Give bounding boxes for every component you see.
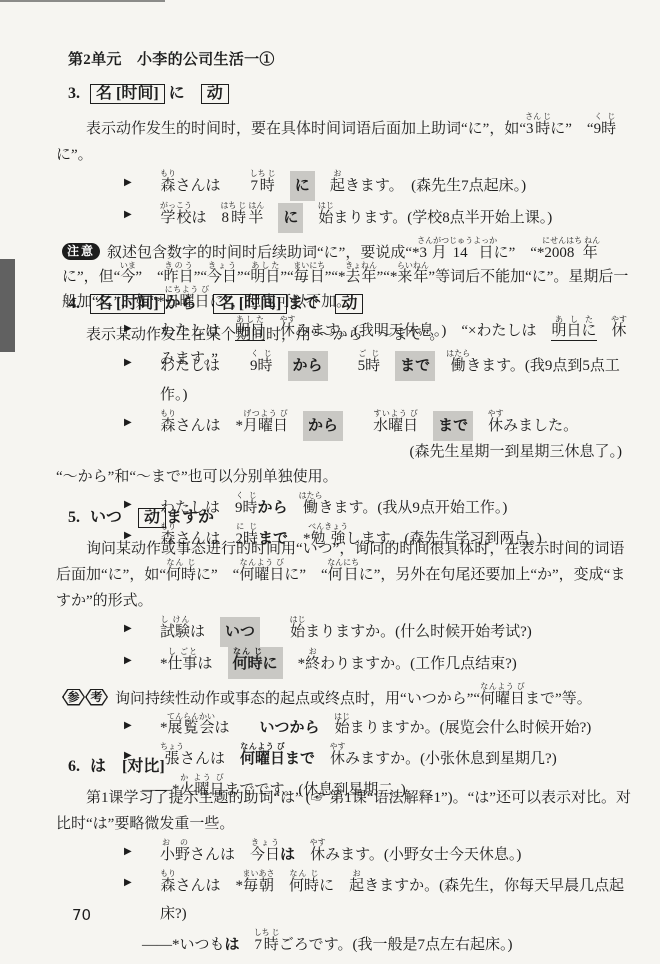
ruby-word: 始はじ <box>318 210 333 226</box>
furigana: にせんはち ねん <box>542 236 600 245</box>
example-marker-icon: ▶ <box>124 615 132 643</box>
furigana: やす <box>330 742 346 751</box>
furigana: なんにち <box>327 558 359 567</box>
furigana: はち じ はん <box>220 201 264 210</box>
text-run: みます。(小野女士今天休息。) <box>325 847 521 863</box>
text-run: まりますか。(什么时候开始考试?) <box>305 624 532 640</box>
example-sentence: 森もりさんは 7時しち じ に 起おきます。 (森先生7点起床。) <box>160 178 526 194</box>
furigana: お <box>349 869 364 878</box>
text-run: まで <box>438 418 468 434</box>
text-run <box>328 358 358 374</box>
section-heading: 3.名 [时间] に 动 <box>56 82 632 106</box>
text-run: きます。 (森先生7点起床。) <box>345 178 526 194</box>
text-run: さんは <box>190 847 250 863</box>
unit-header: 第2单元 小李的公司生活一① <box>68 48 275 69</box>
example-marker-icon: ▶ <box>124 409 132 437</box>
example-sentence: 森もりさんは *月曜日げつよう び から 水曜日すいよう び まで 休やすみまし… <box>160 418 578 434</box>
text-run: 表示某动作发生在某个期间时，用“～から ～まで”。 <box>86 327 444 343</box>
highlighted-particle: 何時なん じに <box>228 647 283 679</box>
furigana: お <box>330 169 345 178</box>
ruby-word: 2008 年にせんはち ねん <box>544 245 597 261</box>
note-badge: 注意 <box>62 243 100 260</box>
text-run <box>260 624 290 640</box>
ruby-word: 学校がっこう <box>160 210 192 226</box>
ruby-word: 今いま <box>120 269 135 285</box>
textbook-page: 第2单元 小李的公司生活一① 3.名 [时间] に 动表示动作发生的时间时，要在… <box>0 0 660 964</box>
text-run: いつ <box>225 624 255 640</box>
text-run <box>315 178 330 194</box>
text-run: に <box>319 878 349 894</box>
furigana: はたら <box>446 349 470 358</box>
example-marker-icon: ▶ <box>124 169 132 197</box>
text-run <box>275 178 290 194</box>
ruby-word: 今日きょう <box>250 847 280 863</box>
example-line: ▶森もりさんは *月曜日げつよう び から 水曜日すいよう び まで 休やすみま… <box>56 409 632 441</box>
ruby-word: 休やす <box>310 847 325 863</box>
example-sentence: *仕事し ごとは 何時なん じに *終おわりますか。(工作几点结束?) <box>160 656 517 672</box>
text-run: 表示动作发生的时间时，要在具体时间词语后面加上助词“に”，如“ <box>86 121 526 137</box>
text-run: さんは <box>176 178 251 194</box>
ruby-word: 展覧会てんらんかい <box>168 720 215 736</box>
ruby-word: 働はたら <box>450 358 466 374</box>
furigana: なん じ <box>233 647 263 656</box>
example-line: ▶*仕事し ごとは 何時なん じに *終おわりますか。(工作几点结束?) <box>56 647 632 679</box>
text-run: わりますか。(工作几点结束?) <box>320 656 517 672</box>
example-sentence: わたしは 9時く じ から 5時ご じ まで 働はたらきます。(我9点到5点工作… <box>160 358 620 403</box>
example-sentence: 小野お のさんは 今日きょうは 休やすみます。(小野女士今天休息。) <box>160 847 521 863</box>
furigana: はじ <box>290 615 306 624</box>
hex-badge-inner: 考 <box>87 690 107 704</box>
example-line: ▶森もりさんは 7時しち じ に 起おきます。 (森先生7点起床。) <box>56 169 632 201</box>
grammar-title-text: いつ <box>90 509 138 526</box>
text-run: ”“ <box>194 269 207 285</box>
grammar-box: 名 [时间] <box>90 84 165 104</box>
furigana: てんらんかい <box>167 712 215 721</box>
ruby-word: 起お <box>330 178 345 194</box>
note-text: 询问持续性动作或事态的起点或终点时，用“いつから”“何曜日なんよう びまで”等。 <box>115 691 592 707</box>
explanation-paragraph: 表示某动作发生在某个期间时，用“～から ～まで”。 <box>56 322 632 348</box>
ruby-word: 森もり <box>160 178 176 194</box>
text-run: に” “ <box>196 567 239 583</box>
text-run: * <box>283 656 306 672</box>
text-run: は <box>192 210 222 226</box>
ruby-word: 3時さん じ <box>526 121 550 137</box>
furigana: きのう <box>164 261 194 270</box>
ruby-word: 9時く じ <box>250 358 273 374</box>
section-heading: 4.名 [时间]から 名 [时间]まで 动 <box>56 292 632 316</box>
furigana: はじ <box>334 712 350 721</box>
text-run: ごろです。(我一般是7点左右起床。) <box>279 937 513 953</box>
grammar-title-text: まで <box>287 295 335 312</box>
ruby-word: 今日きょう <box>207 269 237 285</box>
furigana: く じ <box>594 112 617 121</box>
explanation-paragraph: “～から”和“～まで”也可以分别单独使用。 <box>56 464 632 490</box>
section-number: 4. <box>68 295 80 312</box>
furigana: お <box>305 647 320 656</box>
hex-badge-char: 考 <box>85 689 108 706</box>
text-run: 第1课学习了提示主题的助词“は” ( <box>86 790 311 806</box>
furigana: しち じ <box>254 928 280 937</box>
furigana: がっこう <box>160 201 192 210</box>
highlighted-particle: いつ <box>220 617 260 647</box>
furigana: く じ <box>250 349 273 358</box>
grammar-title-text: は [对比] <box>90 758 165 775</box>
furigana: し ごと <box>168 647 198 656</box>
grammar-box: 名 [时间] <box>90 294 165 314</box>
furigana: なん じ <box>166 558 196 567</box>
example-marker-icon: ▶ <box>124 201 132 229</box>
furigana: なんよう び <box>480 682 525 691</box>
text-run: まりますか。(展览会什么时候开始?) <box>350 720 592 736</box>
example-marker-icon: ▶ <box>124 838 132 866</box>
furigana: まいにち <box>293 261 325 270</box>
text-run: * <box>160 656 168 672</box>
furigana: なんよう び <box>240 742 285 751</box>
furigana: ご じ <box>358 349 381 358</box>
text-run: まで”等。 <box>525 691 592 707</box>
ruby-word: 試験し けん <box>160 624 190 640</box>
text-run: みました。 <box>503 418 578 434</box>
furigana: すいよう び <box>373 409 418 418</box>
highlighted-particle: から <box>303 411 343 441</box>
furigana: なん じ <box>289 869 319 878</box>
furigana: やす <box>488 409 504 418</box>
furigana: きょねん <box>345 261 377 270</box>
reference-badge: 参考 <box>62 691 108 707</box>
highlighted-particle: に <box>290 171 315 201</box>
text-run: に”，但“ <box>62 269 120 285</box>
ruby-word: 始はじ <box>335 720 350 736</box>
text-run: さんは * <box>176 878 244 894</box>
example-line: ▶森もりさんは *毎朝まいあさ 何時なん じに 起おきますか。(森先生，你每天早… <box>56 869 632 928</box>
text-run: ——*いつも <box>142 937 225 953</box>
cross-reference-icon: ☞ <box>311 790 326 806</box>
furigana: まいあさ <box>243 869 275 878</box>
furigana: はじ <box>318 201 334 210</box>
text-run: は <box>215 720 260 736</box>
ruby-word: 何曜日なんよう び <box>239 567 284 583</box>
chapter-edge-tab <box>0 259 15 352</box>
text-run: から <box>293 358 323 374</box>
ruby-word: 仕事し ごと <box>168 656 198 672</box>
furigana: らいねん <box>397 261 429 270</box>
example-line: ▶*展覧会てんらんかいは いつから 始はじまりますか。(展览会什么时候开始?) <box>56 712 632 742</box>
furigana: もり <box>160 409 176 418</box>
grammar-box: 动 <box>138 508 166 528</box>
text-run: に”。 <box>56 147 93 163</box>
text-run: いつから <box>260 720 320 736</box>
text-run <box>320 720 335 736</box>
ruby-word: 14 日じゅうよっか <box>451 245 494 261</box>
text-run <box>303 210 318 226</box>
text-run: に” “ <box>550 121 593 137</box>
text-run: (森先生星期一到星期三休息了。) <box>410 444 623 460</box>
ruby-word: 何時なん じ <box>166 567 196 583</box>
text-run: に” “* <box>494 245 545 261</box>
text-run <box>295 847 310 863</box>
ruby-word: 毎朝まいあさ <box>243 878 274 894</box>
text-run: まで <box>400 358 430 374</box>
furigana: お の <box>160 838 190 847</box>
text-run: 询问持续性动作或事态的起点或终点时，用“いつから”“ <box>115 691 480 707</box>
ruby-word: 去年きょねん <box>346 269 377 285</box>
text-run: は <box>280 847 295 863</box>
text-run <box>473 418 488 434</box>
grammar-title-text: から <box>165 295 213 312</box>
furigana: はたら <box>299 491 323 500</box>
example-sentence: 学校がっこうは 8時半はち じ はん に 始はじまります。(学校8点半开始上课。… <box>160 210 552 226</box>
ruby-word: 3月さんがつ <box>420 245 448 261</box>
furigana: きょう <box>207 261 237 270</box>
section-heading: 6.は [对比] <box>56 755 632 779</box>
text-run <box>288 418 303 434</box>
ruby-word: 起お <box>349 878 364 894</box>
highlighted-particle: から <box>288 351 328 381</box>
ruby-word: 終お <box>305 656 320 672</box>
furigana: きょう <box>250 838 280 847</box>
highlighted-particle: に <box>278 203 303 233</box>
answer-line: ——*いつもは 7時しち じごろです。(我一般是7点左右起床。) <box>56 928 632 960</box>
text-run: は <box>190 624 220 640</box>
grammar-box: 动 <box>201 84 229 104</box>
ruby-word: 小野お の <box>160 847 190 863</box>
section-number: 3. <box>68 85 80 102</box>
ruby-word: 何曜日なんよう び <box>480 691 525 707</box>
example-marker-icon: ▶ <box>124 647 132 675</box>
ruby-word: 8時半はち じ はん <box>222 210 264 226</box>
furigana: じゅうよっか <box>449 236 497 245</box>
text-run: に <box>283 210 298 226</box>
example-sentence: 森もりさんは *毎朝まいあさ 何時なん じに 起おきますか。(森先生，你每天早晨… <box>160 878 624 922</box>
explanation-paragraph: 第1课学习了提示主题的助词“は” (☞ 第1课“语法解释1”)。“は”还可以表示… <box>56 785 632 837</box>
ruby-word: 何時なん じ <box>289 878 319 894</box>
text-run: まります。(学校8点半开始上课。) <box>333 210 552 226</box>
example-line: ▶学校がっこうは 8時半はち じ はん に 始はじまります。(学校8点半开始上课… <box>56 201 632 233</box>
text-run: は <box>225 937 240 953</box>
example-marker-icon: ▶ <box>124 869 132 897</box>
text-run <box>380 358 395 374</box>
furigana: いま <box>120 261 136 270</box>
furigana: しち じ <box>250 169 276 178</box>
grammar-box: 名 [时间] <box>213 294 288 314</box>
section-number: 6. <box>68 758 80 775</box>
ruby-word: 7時しち じ <box>251 178 275 194</box>
example-marker-icon: ▶ <box>124 349 132 377</box>
ruby-word: 明日あした <box>250 269 280 285</box>
ruby-word: 7時しち じ <box>255 937 279 953</box>
ruby-word: 何時なん じ <box>233 656 263 672</box>
text-run: に <box>263 656 278 672</box>
text-run: ”“ <box>237 269 250 285</box>
furigana: し けん <box>160 615 190 624</box>
text-run: に <box>295 178 310 194</box>
ruby-word: 何日なんにち <box>328 567 359 583</box>
furigana: さんがつ <box>417 236 449 245</box>
text-run: ” “ <box>135 269 163 285</box>
furigana: さん じ <box>525 112 551 121</box>
scan-artifact-line <box>0 0 165 2</box>
ruby-word: 休やす <box>488 418 503 434</box>
grammar-title-text: に <box>165 85 201 102</box>
ruby-word: 始はじ <box>290 624 305 640</box>
ruby-word: 月曜日げつよう び <box>243 418 288 434</box>
text-run <box>273 358 288 374</box>
hex-badge-inner: 参 <box>64 690 84 704</box>
ruby-word: 水曜日すいよう び <box>373 418 418 434</box>
text-run: “～から”和“～まで”也可以分别单独使用。 <box>56 469 338 485</box>
page-number: 70 <box>72 906 91 924</box>
furigana: ちょう <box>160 742 184 751</box>
example-marker-icon: ▶ <box>124 712 132 740</box>
text-run: は <box>198 656 228 672</box>
grammar-box: 动 <box>335 294 363 314</box>
ruby-word: 9時く じ <box>594 121 617 137</box>
text-run <box>274 878 289 894</box>
text-run <box>343 418 373 434</box>
example-line: ▶小野お のさんは 今日きょうは 休やすみます。(小野女士今天休息。) <box>56 838 632 869</box>
explanation-paragraph: 询问某动作或事态进行的时间用“いつ”，询问的时间很具体时，在表示时间的词语后面加… <box>56 536 632 614</box>
furigana: もり <box>160 169 176 178</box>
example-line: ▶わたしは 9時く じ から 5時ご じ まで 働はたらきます。(我9点到5点工… <box>56 349 632 409</box>
text-run <box>418 418 433 434</box>
grammar-title-text: ますか <box>166 509 214 526</box>
text-run: わたしは <box>160 358 250 374</box>
furigana: もり <box>160 869 176 878</box>
text-run: ”“* <box>325 269 346 285</box>
ruby-word: 森もり <box>160 878 176 894</box>
ruby-word: 昨日きのう <box>164 269 194 285</box>
ruby-word: 毎日まいにち <box>294 269 325 285</box>
example-line: ▶試験し けんは いつ 始はじまりますか。(什么时候开始考试?) <box>56 615 632 647</box>
hex-badge-char: 参 <box>62 689 85 706</box>
example-sentence: *展覧会てんらんかいは いつから 始はじまりますか。(展览会什么时候开始?) <box>160 720 591 736</box>
section-number: 5. <box>68 509 80 526</box>
furigana: げつよう び <box>243 409 288 418</box>
text-run <box>240 937 255 953</box>
text-run: から <box>308 418 338 434</box>
ruby-word: 5時ご じ <box>358 358 381 374</box>
highlighted-particle: まで <box>433 411 473 441</box>
highlighted-particle: まで <box>395 351 435 381</box>
furigana: く じ <box>235 491 258 500</box>
text-run: ”“ <box>280 269 293 285</box>
furigana: なんよう び <box>239 558 284 567</box>
text-run <box>263 210 278 226</box>
example-sentence: 試験し けんは いつ 始はじまりますか。(什么时候开始考试?) <box>160 624 532 640</box>
section-6: 6.は [对比]第1课学习了提示主题的助词“は” (☞ 第1课“语法解释1”)。… <box>56 755 632 960</box>
translation-right-aligned: (森先生星期一到星期三休息了。) <box>56 441 632 464</box>
reference-block: 参考询问持续性动作或事态的起点或终点时，用“いつから”“何曜日なんよう びまで”… <box>56 682 632 711</box>
section-heading: 5.いつ 动ますか <box>56 506 632 530</box>
furigana: あした <box>250 261 280 270</box>
text-run: さんは * <box>176 418 244 434</box>
explanation-paragraph: 表示动作发生的时间时，要在具体时间词语后面加上助词“に”，如“3時さん じに” … <box>56 112 632 168</box>
text-run: に” “ <box>284 567 327 583</box>
ruby-word: 来年らいねん <box>397 269 428 285</box>
furigana: やす <box>310 838 326 847</box>
text-run: 叙述包含数字的时间时后续助词“に”，要说成“* <box>107 245 419 261</box>
ruby-word: 森もり <box>160 418 176 434</box>
text-run: ”“* <box>377 269 398 285</box>
